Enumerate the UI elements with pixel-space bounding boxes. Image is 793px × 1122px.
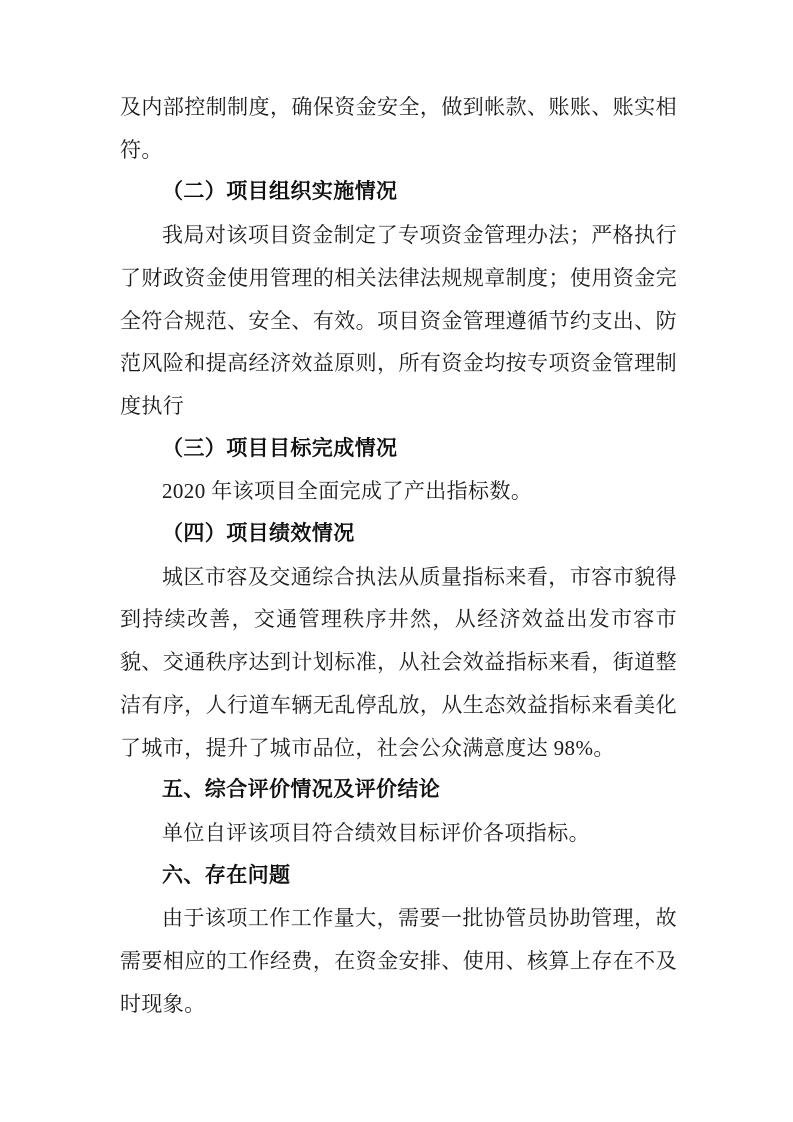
document-page: 及内部控制制度，确保资金安全，做到帐款、账账、账实相符。（二）项目组织实施情况我… [0,0,793,1122]
section-heading: （二）项目组织实施情况 [120,171,677,214]
body-paragraph: 单位自评该项目符合绩效目标评价各项指标。 [120,812,677,855]
body-paragraph: 及内部控制制度，确保资金安全，做到帐款、账账、账实相符。 [120,86,677,171]
section-heading: 六、存在问题 [120,855,677,898]
body-paragraph: 2020 年该项目全面完成了产出指标数。 [120,470,677,513]
section-heading: （三）项目目标完成情况 [120,428,677,471]
document-content: 及内部控制制度，确保资金安全，做到帐款、账账、账实相符。（二）项目组织实施情况我… [120,86,677,1025]
section-heading: 五、综合评价情况及评价结论 [120,769,677,812]
body-paragraph: 城区市容及交通综合执法从质量指标来看，市容市貌得到持续改善，交通管理秩序井然，从… [120,556,677,770]
body-paragraph: 由于该项工作工作量大，需要一批协管员协助管理，故需要相应的工作经费，在资金安排、… [120,897,677,1025]
body-paragraph: 我局对该项目资金制定了专项资金管理办法；严格执行了财政资金使用管理的相关法律法规… [120,214,677,428]
section-heading: （四）项目绩效情况 [120,513,677,556]
